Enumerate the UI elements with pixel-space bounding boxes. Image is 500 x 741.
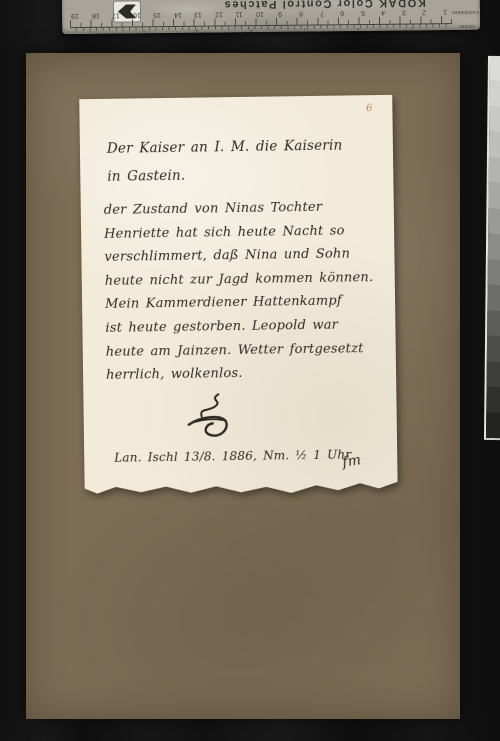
ruler-inch-number: 7 (86, 29, 94, 35)
ruler-inch-number: 1 (408, 25, 416, 31)
grayscale-step (487, 311, 500, 337)
letter-line: herrlich, wolkenlos. (106, 360, 384, 387)
letter-paper: 6 Der Kaiser an I. M. die Kaiserinin Gas… (79, 95, 398, 498)
ruler-cm-number: 10 (253, 10, 267, 17)
ruler-cm-number: 15 (150, 11, 164, 18)
grayscale-wedge (484, 56, 500, 440)
letter-line: verschlimmert, daß Nina und Sohn (104, 242, 382, 269)
grayscale-step (488, 209, 500, 235)
kodak-ruler: KODAK Color Control Patches 191817161514… (62, 0, 480, 34)
grayscale-step (487, 285, 500, 311)
grayscale-step (488, 260, 500, 286)
ruler-cm-number: 2 (417, 8, 431, 15)
archivist-initials: fm (341, 452, 362, 471)
letter-heading: Der Kaiser an I. M. die Kaiserinin Gaste… (107, 132, 343, 191)
ruler-cm-number: 8 (294, 10, 308, 17)
letter-line: heute am Jainzen. Wetter fortgesetzt (106, 337, 384, 364)
grayscale-step (489, 132, 500, 158)
letter-line: Mein Kammerdiener Hattenkampf (105, 289, 383, 316)
inches-label: Inches (459, 23, 474, 29)
ruler-cm-number: 18 (89, 12, 103, 19)
ruler-cm-number: 16 (130, 11, 144, 18)
grayscale-step (486, 387, 500, 413)
ruler-inch-number: 5 (193, 28, 201, 34)
grayscale-step (487, 336, 500, 362)
ruler-cm-number: 19 (68, 12, 82, 19)
letter-body: der Zustand von Ninas TochterHenriette h… (104, 195, 385, 388)
letter-paper-wrap: 6 Der Kaiser an I. M. die Kaiserinin Gas… (79, 95, 398, 498)
grayscale-step (486, 412, 500, 438)
grayscale-step (487, 362, 500, 388)
grayscale-step (489, 107, 500, 133)
ruler-cm-number: 12 (212, 10, 226, 17)
centimetres-label: Centimetres (452, 9, 479, 15)
ruler-cm-number: 3 (397, 9, 411, 16)
letter-heading-line: Der Kaiser an I. M. die Kaiserin (107, 132, 343, 163)
imperial-monogram-icon (178, 391, 243, 446)
folio-number: 6 (366, 103, 373, 114)
ruler-cm-number: 9 (273, 10, 287, 17)
ruler-cm-number: 14 (171, 11, 185, 18)
grayscale-step (488, 183, 500, 209)
ruler-cm-number: 13 (191, 11, 205, 18)
grayscale-step (489, 158, 500, 184)
ruler-inch-number: 4 (247, 27, 255, 33)
grayscale-step (489, 81, 500, 107)
ruler-cm-number: 6 (335, 9, 349, 16)
grayscale-step (488, 234, 500, 260)
ruler-cm-number: 11 (232, 10, 246, 17)
ruler-cm-number: 17 (109, 12, 123, 19)
ruler-cm-number: 1 (438, 8, 452, 15)
ruler-cm-number: 4 (376, 9, 390, 16)
ruler-inch-number: 6 (140, 28, 148, 34)
letter-heading-line: in Gastein. (107, 160, 343, 191)
letter-dateline: Lan. Ischl 13/8. 1886, Nm. ½ 1 Uhr (114, 447, 351, 464)
ruler-cm-number: 7 (315, 9, 329, 16)
ruler-cm-number: 5 (356, 9, 370, 16)
ruler-inch-number: 2 (354, 26, 362, 32)
grayscale-step (490, 56, 500, 82)
ruler-inch-number: 3 (301, 27, 309, 33)
